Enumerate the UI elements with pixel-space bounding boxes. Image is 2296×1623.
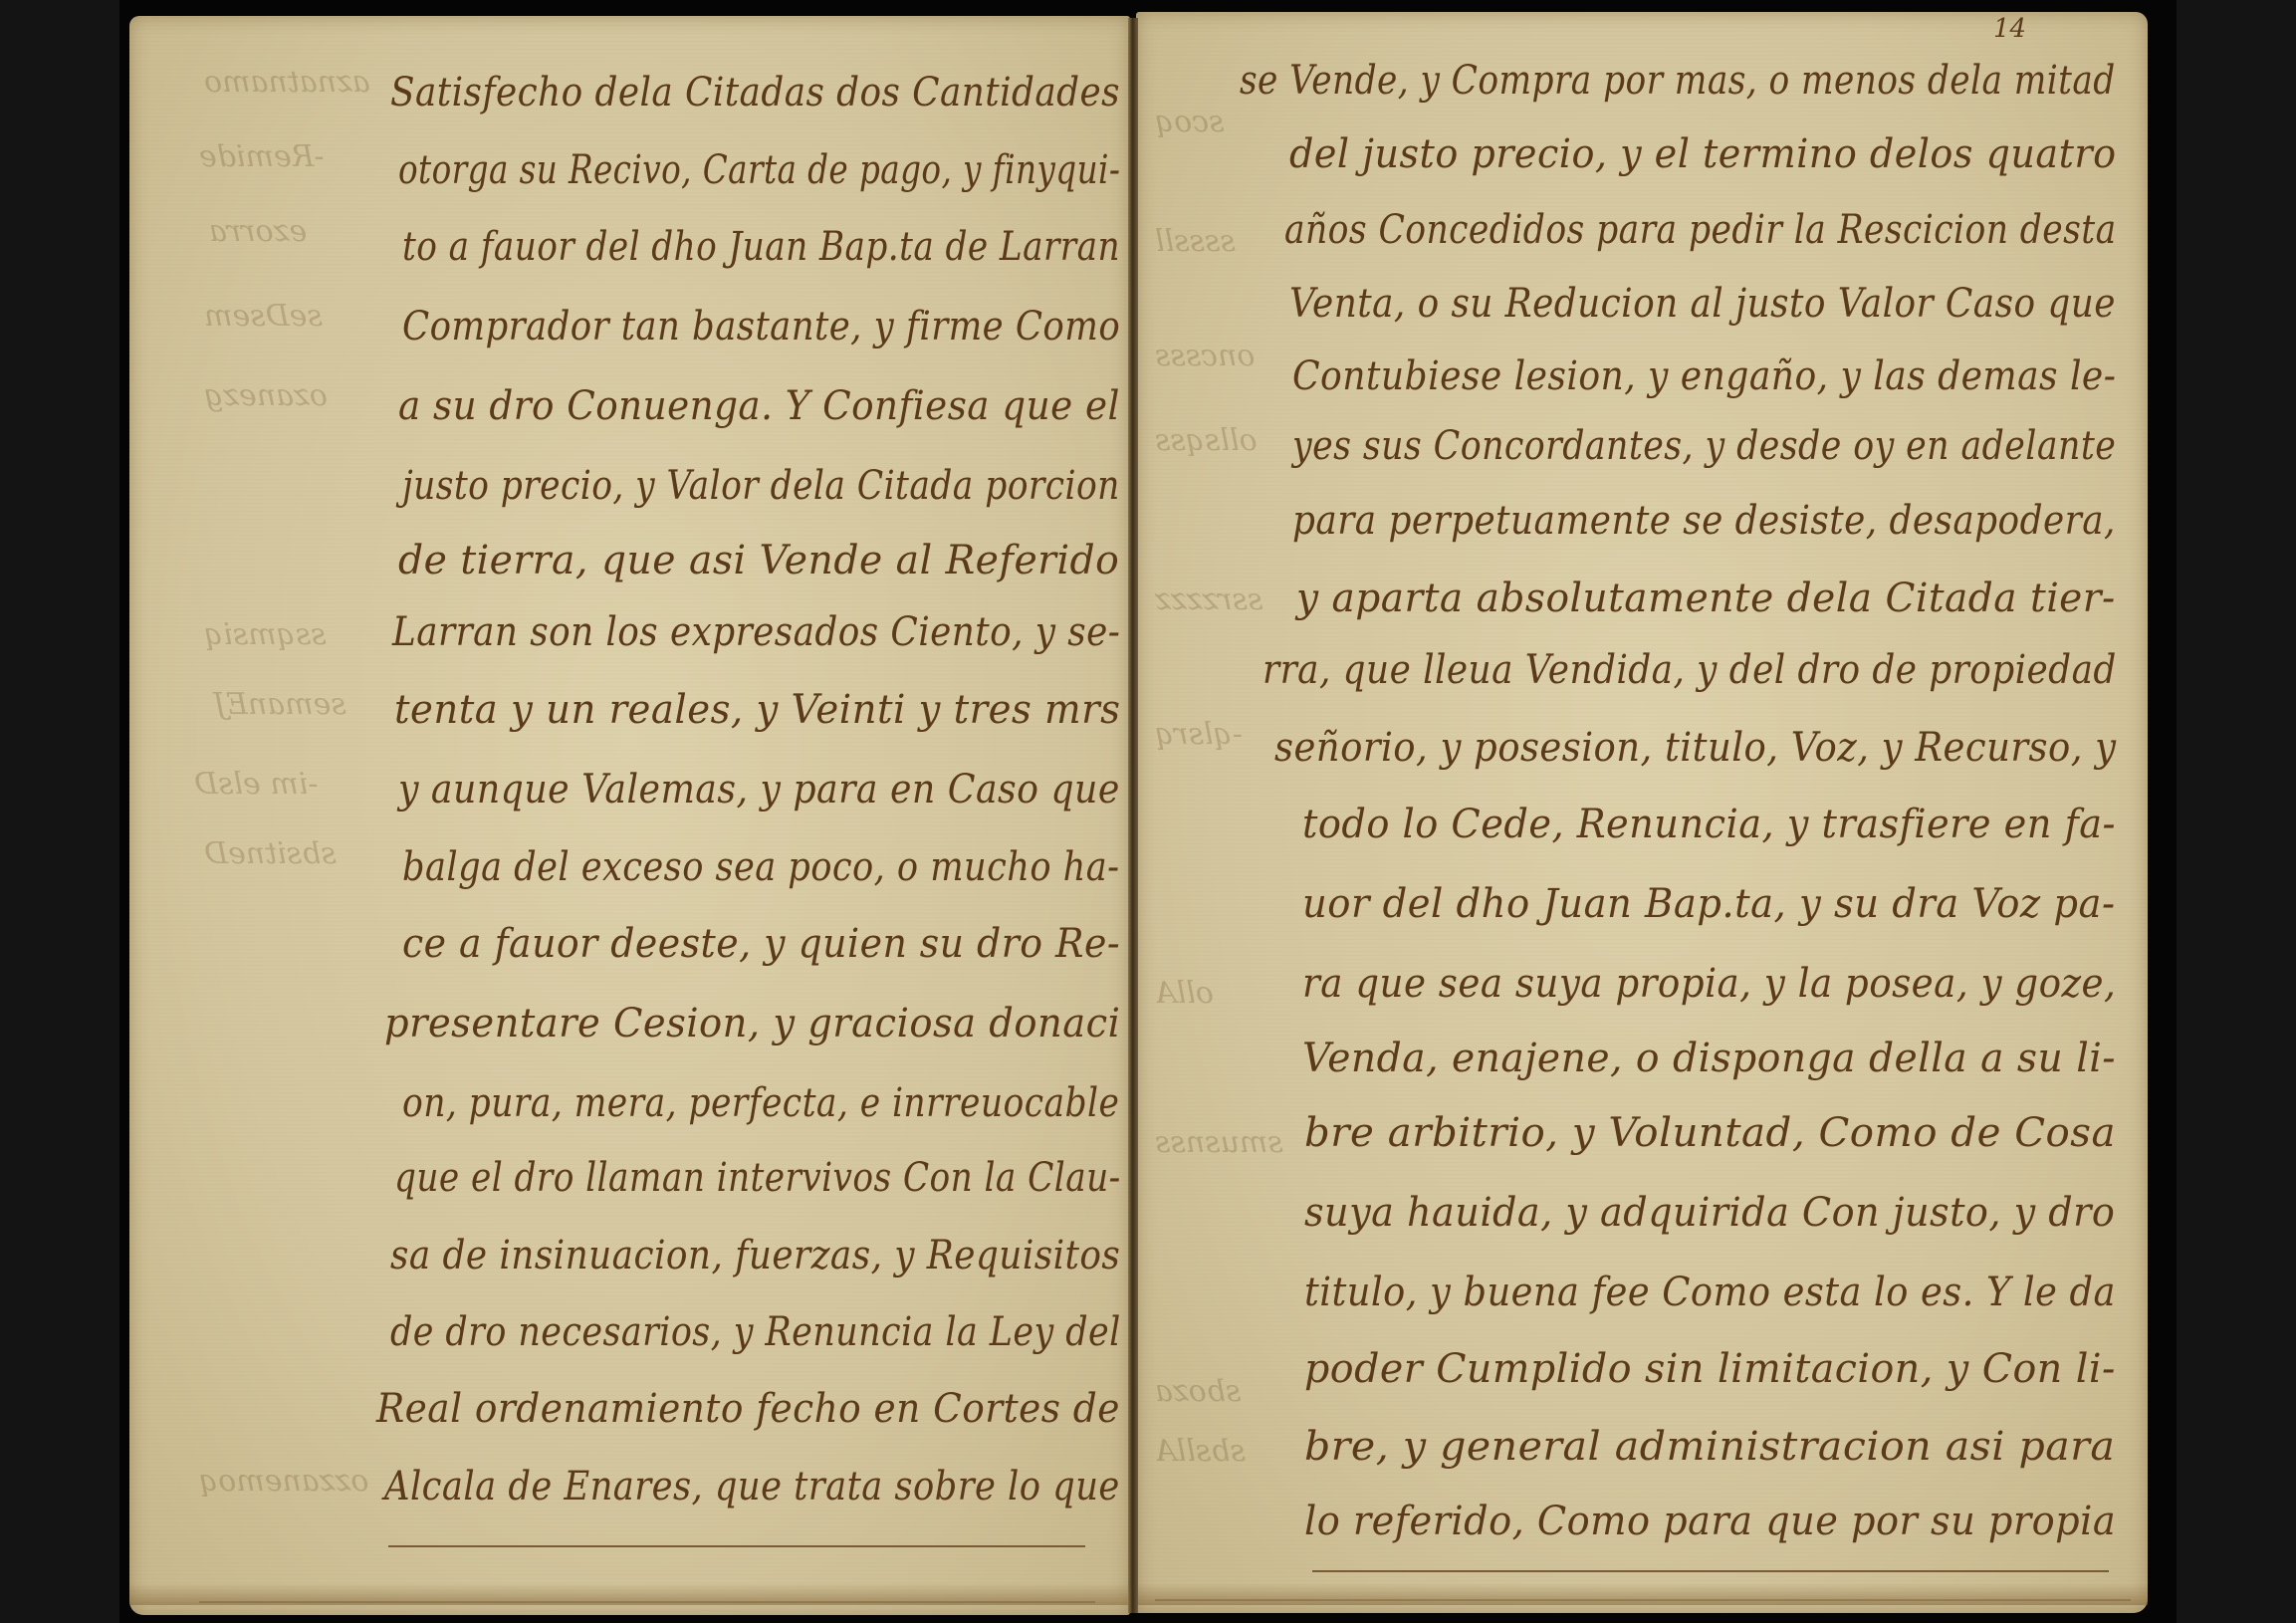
right-line-13: ra que sea suya propia, y la posea, y go…	[1302, 961, 2116, 1007]
right-bleed-text: smusnss	[1155, 1125, 1283, 1160]
left-line-3: to a fauor del dho Juan Bap.ta de Larran	[402, 224, 1120, 270]
left-line-1: Satisfecho dela Citadas dos Cantidades	[390, 70, 1120, 116]
right-line-7: para perpetuamente se desiste, desapoder…	[1292, 498, 2116, 544]
right-line-18: poder Cumplido sin limitacion, y Con li-	[1304, 1346, 2116, 1392]
folio-number: 14	[1993, 14, 2026, 44]
right-line-8: y aparta absolutamente dela Citada tier-	[1296, 576, 2116, 621]
left-line-14: on, pura, mera, perfecta, e inrreuocable	[402, 1080, 1119, 1126]
right-line-9: rra, que lleua Vendida, y del dro de pro…	[1263, 647, 2117, 693]
left-line-8: Larran son los expresados Ciento, y se-	[392, 609, 1120, 655]
left-bleed-text: ezorra	[209, 214, 307, 249]
right-bleed-text: oncsss	[1155, 339, 1255, 373]
right-line-12: uor del dho Juan Bap.ta, y su dra Voz pa…	[1302, 881, 2115, 927]
right-bleed-text: scoq	[1155, 105, 1224, 139]
right-bleed-text: sboza	[1155, 1374, 1241, 1409]
right-bleed-text: sbsllA	[1155, 1434, 1246, 1469]
right-line-5: Contubiese lesion, y engaño, y las demas…	[1292, 353, 2116, 399]
left-line-2: otorga su Recivo, Carta de pago, y finyq…	[398, 147, 1120, 193]
left-bleed-text: ozanezg	[204, 378, 328, 413]
book-gutter	[1128, 18, 1138, 1613]
right-bleed-text: -qlsrq	[1155, 717, 1243, 752]
left-bleed-text: -im elsD	[194, 767, 319, 802]
left-line-15: que el dro llaman intervivos Con la Clau…	[394, 1155, 1121, 1201]
left-page-edge-line	[199, 1601, 1095, 1603]
left-page-end-rule	[388, 1545, 1085, 1547]
right-bleed-text: ssrzzzz	[1155, 582, 1263, 617]
left-line-19: Alcala de Enares, que trata sobre lo que	[384, 1464, 1120, 1509]
left-line-16: sa de insinuacion, fuerzas, y Requisitos	[390, 1233, 1120, 1278]
right-line-6: yes sus Concordantes, y desde oy en adel…	[1292, 423, 2116, 469]
left-bleed-text: -Remide	[199, 139, 324, 174]
right-bleed-text: ollsqss	[1155, 423, 1258, 458]
left-line-18: Real ordenamiento fecho en Cortes de	[376, 1386, 1120, 1432]
right-line-14: Venda, enajene, o disponga della a su li…	[1302, 1036, 2116, 1081]
left-line-11: balga del exceso sea poco, o mucho ha-	[402, 844, 1120, 890]
left-line-12: ce a fauor deeste, y quien su dro Re-	[402, 921, 1120, 967]
right-line-3: años Concedidos para pedir la Rescicion …	[1284, 207, 2117, 253]
right-page-end-rule	[1312, 1570, 2109, 1572]
left-line-4: Comprador tan bastante, y firme Como	[402, 304, 1120, 349]
right-line-10: señorio, y posesion, titulo, Voz, y Recu…	[1274, 725, 2117, 771]
right-line-20: lo referido, Como para que por su propia	[1304, 1499, 2116, 1544]
left-line-9: tenta y un reales, y Veinti y tres mrs	[394, 687, 1120, 733]
right-bleed-text: ollA	[1155, 976, 1214, 1011]
left-bleed-text: sbsitneD	[204, 836, 337, 871]
image-viewer: aznatnamo -Remide ezorra seDsem ozanezg …	[0, 0, 2296, 1623]
right-line-15: bre arbitrio, y Voluntad, Como de Cosa	[1304, 1110, 2116, 1156]
left-bleed-text: ozzanemoq	[199, 1464, 368, 1499]
left-line-5: a su dro Conuenga. Y Confiesa que el	[398, 383, 1120, 429]
left-line-17: de dro necesarios, y Renuncia la Ley del	[390, 1309, 1121, 1355]
left-line-13: presentare Cesion, y graciosa donaci	[384, 1001, 1120, 1046]
left-bleed-text: ssqmsiq	[204, 617, 327, 652]
left-bleed-text: aznatnamo	[204, 65, 370, 100]
right-line-11: todo lo Cede, Renuncia, y trasfiere en f…	[1302, 802, 2116, 847]
right-page-bottom-edge	[1136, 1583, 2148, 1605]
right-line-17: titulo, y buena fee Como esta lo es. Y l…	[1304, 1270, 2116, 1315]
right-bleed-text: ssssll	[1155, 224, 1236, 259]
left-line-6: justo precio, y Valor dela Citada porcio…	[402, 463, 1120, 509]
left-line-7: de tierra, que asi Vende al Referido	[398, 538, 1119, 583]
left-bleed-text: semanEJ	[214, 687, 346, 722]
right-line-19: bre, y general administracion asi para	[1304, 1424, 2115, 1470]
right-line-16: suya hauida, y adquirida Con justo, y dr…	[1304, 1190, 2115, 1236]
right-line-1: se Vende, y Compra por mas, o menos dela…	[1240, 58, 2116, 104]
left-line-10: y aunque Valemas, y para en Caso que	[398, 767, 1120, 812]
right-line-4: Venta, o su Reducion al justo Valor Caso…	[1289, 281, 2116, 327]
right-page-edge-line	[1155, 1599, 2131, 1601]
right-line-2: del justo precio, y el termino delos qua…	[1289, 131, 2117, 177]
left-bleed-text: seDsem	[204, 299, 323, 334]
